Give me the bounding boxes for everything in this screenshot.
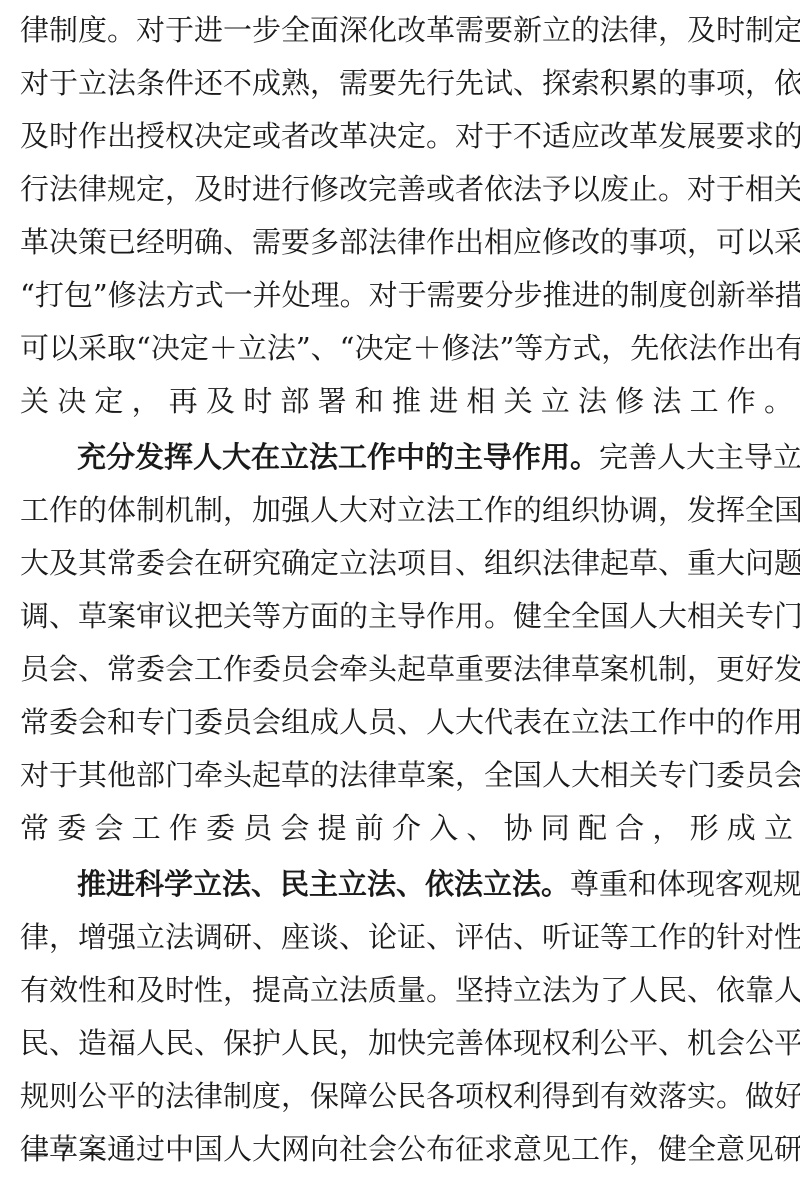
text-line: 工作的体制机制，加强人大对立法工作的组织协调，发挥全国人: [20, 490, 780, 530]
paragraph-first-line: 充分发挥人大在立法工作中的主导作用。完善人大主导立法: [77, 437, 780, 477]
text-line: 有效性和及时性，提高立法质量。坚持立法为了人民、依靠人: [20, 970, 780, 1010]
text-run: 完善人大主导立法: [599, 440, 800, 474]
text-line: 员会、常委会工作委员会牵头起草重要法律草案机制，更好发挥: [20, 649, 780, 689]
document-page: 律制度。对于进一步全面深化改革需要新立的法律，及时制定。 对于立法条件还不成熟，…: [0, 0, 800, 1182]
text-line: 规则公平的法律制度，保障公民各项权利得到有效落实。做好法: [20, 1076, 780, 1116]
text-line: 调、草案审议把关等方面的主导作用。健全全国人大相关专门委: [20, 596, 780, 636]
text-line: 常委会和专门委员会组成人员、人大代表在立法工作中的作用。: [20, 702, 780, 742]
text-line: 常委会工作委员会提前介入、协同配合，形成立法工作合力。: [20, 808, 780, 848]
text-line: 关决定，再及时部署和推进相关立法修法工作。: [20, 381, 780, 421]
paragraph-first-line: 推进科学立法、民主立法、依法立法。尊重和体现客观规: [77, 864, 780, 904]
text-line: 对于其他部门牵头起草的法律草案，全国人大相关专门委员会、: [20, 755, 780, 795]
section-heading: 充分发挥人大在立法工作中的主导作用。: [77, 440, 599, 474]
text-line: 大及其常委会在研究确定立法项目、组织法律起草、重大问题协: [20, 543, 780, 583]
text-line: 律，增强立法调研、座谈、论证、评估、听证等工作的针对性、: [20, 917, 780, 957]
text-line: 行法律规定，及时进行修改完善或者依法予以废止。对于相关改: [20, 169, 780, 209]
text-run: 尊重和体现客观规: [570, 867, 800, 901]
text-line: 革决策已经明确、需要多部法律作出相应修改的事项，可以采取: [20, 222, 780, 262]
page-number: — 7 —: [26, 1140, 104, 1166]
text-line: 律草案通过中国人大网向社会公布征求意见工作，健全意见研究: [20, 1129, 780, 1169]
text-line: 可以采取“决定＋立法”、“决定＋修法”等方式，先依法作出有: [20, 328, 780, 368]
text-line: 对于立法条件还不成熟，需要先行先试、探索积累的事项，依法: [20, 63, 780, 103]
text-line: “打包”修法方式一并处理。对于需要分步推进的制度创新举措，: [20, 275, 780, 315]
section-heading: 推进科学立法、民主立法、依法立法。: [77, 867, 570, 901]
text-line: 及时作出授权决定或者改革决定。对于不适应改革发展要求的现: [20, 116, 780, 156]
text-line: 民、造福人民、保护人民，加快完善体现权利公平、机会公平、: [20, 1023, 780, 1063]
text-line: 律制度。对于进一步全面深化改革需要新立的法律，及时制定。: [20, 10, 780, 50]
